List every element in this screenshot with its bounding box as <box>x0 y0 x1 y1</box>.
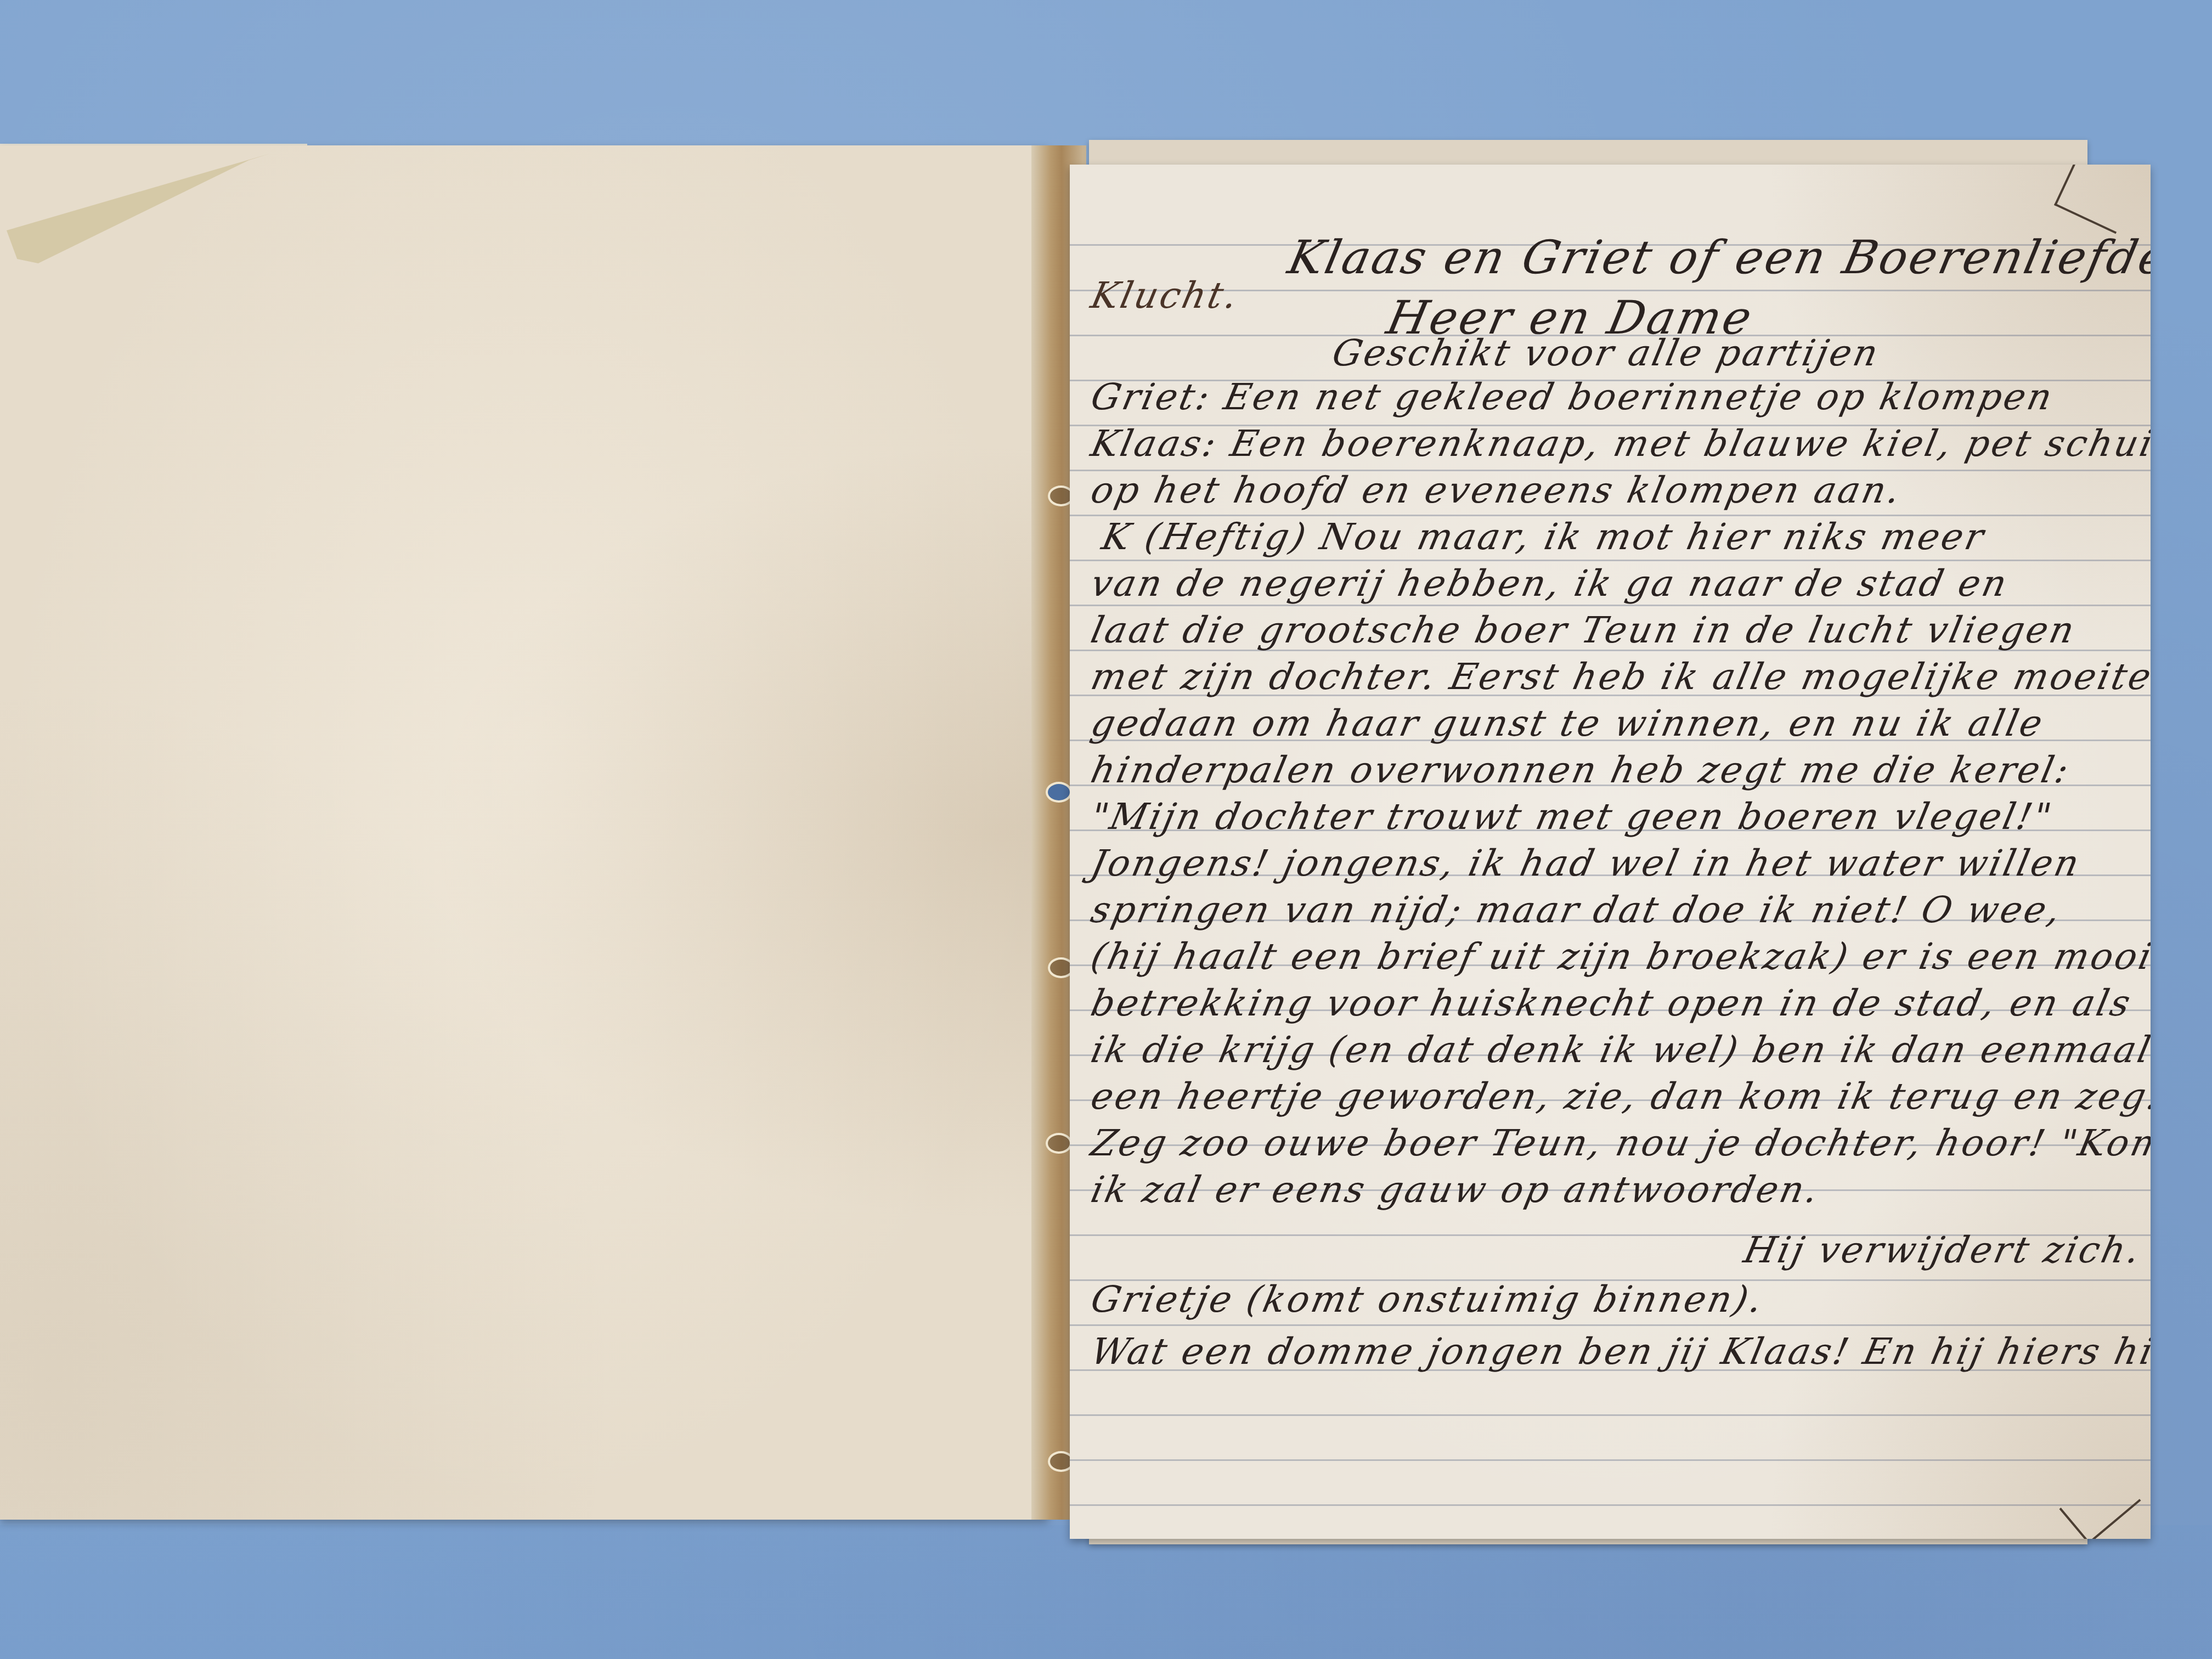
manuscript-line: op het hoofd en eveneens klompen aan. <box>1087 469 1906 511</box>
ruled-line <box>1070 1324 2151 1326</box>
manuscript-line: Zeg zoo ouwe boer Teun, nou je dochter, … <box>1087 1122 2151 1164</box>
folded-corner-bottom <box>2059 1465 2141 1539</box>
stage-direction: Hij verwijdert zich. <box>1740 1229 2146 1271</box>
ruled-line <box>1070 605 2151 606</box>
manuscript-line: Grietje (komt onstuimig binnen). <box>1087 1278 1768 1321</box>
manuscript-line: Griet: Een net gekleed boerinnetje op kl… <box>1087 376 2058 418</box>
binding-stitch <box>1046 782 1072 803</box>
manuscript-title: Klaas en Griet of een Boerenliefdes <box>1284 230 2151 284</box>
left-page <box>0 145 1048 1520</box>
genre-label: Klucht. <box>1087 274 1243 317</box>
binding-stitch <box>1046 1133 1072 1154</box>
manuscript-line: Klaas: Een boerenknaap, met blauwe kiel,… <box>1087 422 2151 465</box>
manuscript-line: van de negerij hebben, ik ga naar de sta… <box>1087 562 2013 605</box>
ruled-line <box>1070 1414 2151 1416</box>
manuscript-line: ik zal er eens gauw op antwoorden. <box>1087 1169 1824 1211</box>
manuscript-line: Wat een domme jongen ben jij Klaas! En h… <box>1087 1330 2151 1373</box>
folded-corner-top <box>2054 165 2135 234</box>
manuscript-line: ik die krijg (en dat denk ik wel) ben ik… <box>1087 1029 2151 1071</box>
ruled-line <box>1070 1459 2151 1461</box>
manuscript-note: Geschikt voor alle partijen <box>1329 332 1884 374</box>
manuscript-line: springen van nijd; maar dat doe ik niet!… <box>1087 889 2067 931</box>
right-page: Klaas en Griet of een Boerenliefdes Kluc… <box>1070 165 2151 1539</box>
manuscript-line: laat die grootsche boer Teun in de lucht… <box>1087 609 2080 651</box>
ruled-line <box>1070 560 2151 561</box>
manuscript-line: (hij haalt een brief uit zijn broekzak) … <box>1087 935 2151 978</box>
ruled-line <box>1070 1504 2151 1506</box>
manuscript-line: Jongens! jongens, ik had wel in het wate… <box>1087 842 2085 884</box>
manuscript-line: hinderpalen overwonnen heb zegt me die k… <box>1087 749 2074 791</box>
manuscript-line: met zijn dochter. Eerst heb ik alle moge… <box>1087 656 2151 698</box>
manuscript-line: K (Heftig) Nou maar, ik mot hier niks me… <box>1098 516 1989 558</box>
manuscript-line: "Mijn dochter trouwt met geen boeren vle… <box>1087 795 2057 838</box>
manuscript-line: een heertje geworden, zie, dan kom ik te… <box>1087 1075 2151 1118</box>
background-fold <box>0 1525 2212 1659</box>
manuscript-line: betrekking voor huisknecht open in de st… <box>1087 982 2136 1024</box>
manuscript-line: gedaan om haar gunst te winnen, en nu ik… <box>1087 702 2049 744</box>
